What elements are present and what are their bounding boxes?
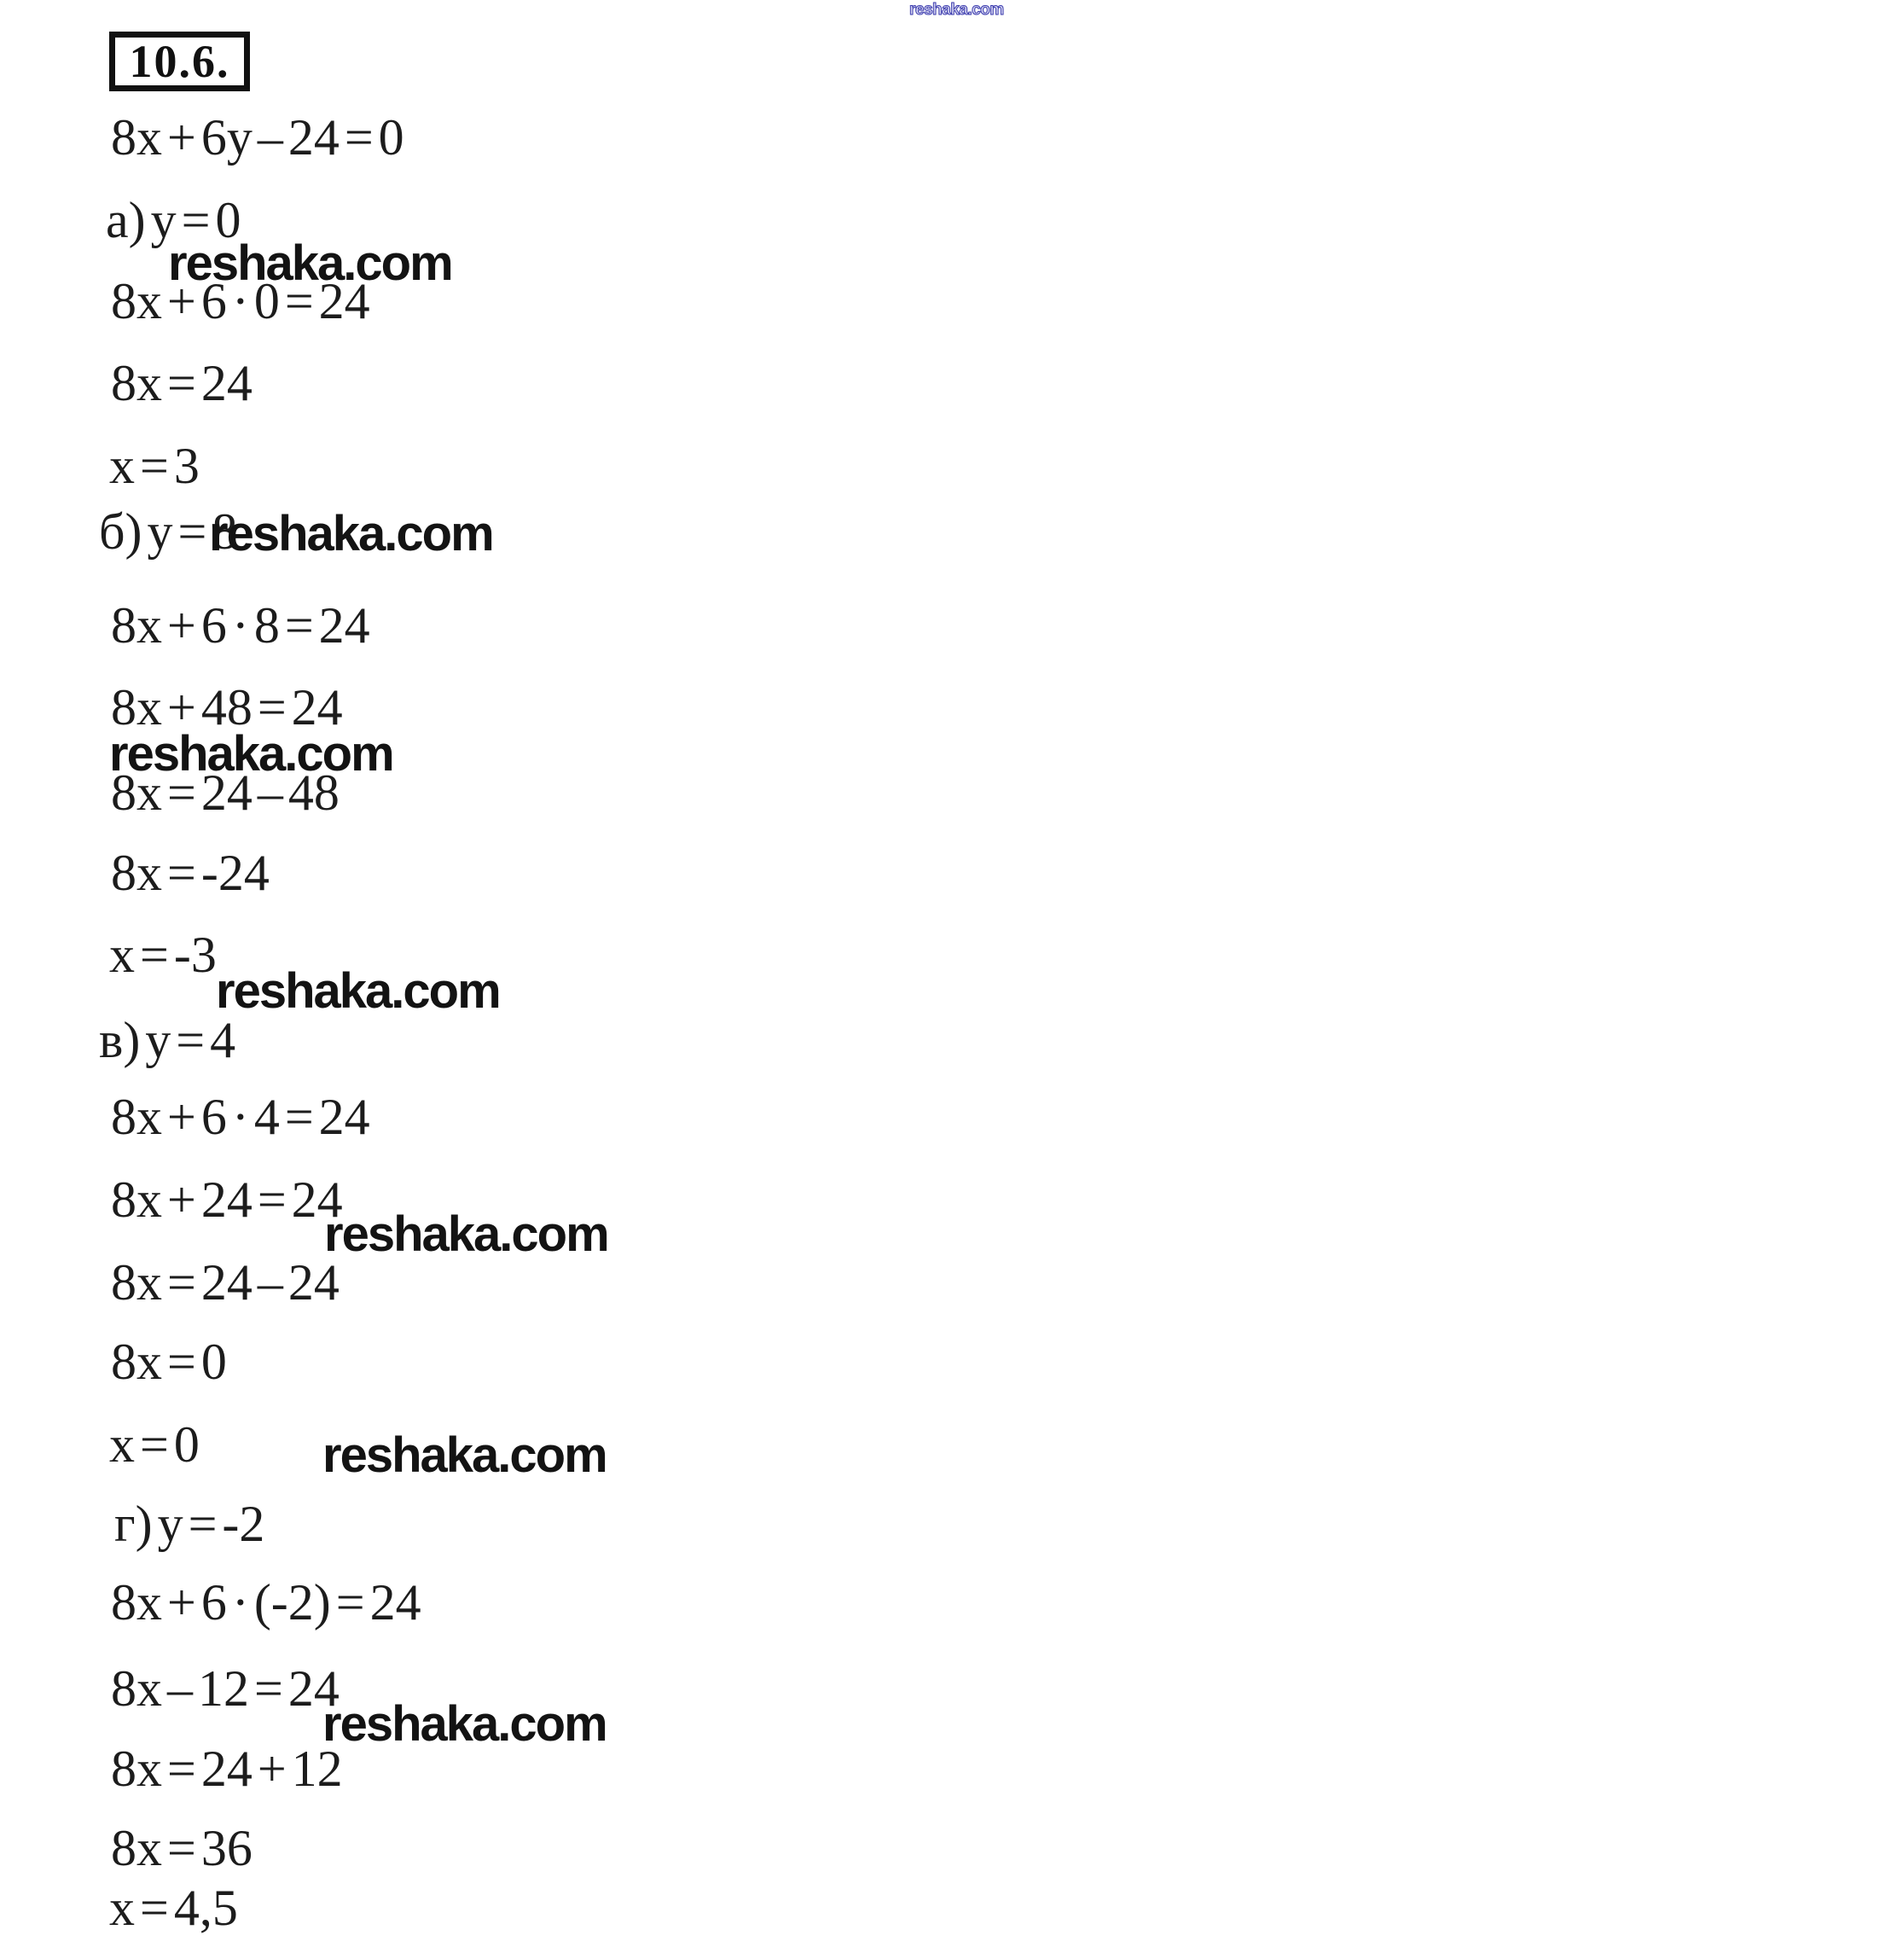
site-watermark: reshaka.com [322, 1431, 607, 1480]
math-line: 8x – 12 = 24 [111, 1663, 340, 1714]
math-line: 8x = -24 [111, 847, 270, 898]
math-line: 8x = 24 – 48 [111, 767, 340, 818]
site-watermark: reshaka.com [324, 1210, 608, 1259]
math-line: 8x = 0 [111, 1336, 227, 1387]
math-line: x = 3 [109, 440, 200, 491]
math-line: 8x + 24 = 24 [111, 1174, 343, 1225]
math-line: 8x = 36 [111, 1822, 253, 1874]
math-line: x = -3 [109, 929, 217, 980]
scanned-solution-page: reshaka.com 10.6. 8x + 6y – 24 = 0а) y =… [0, 0, 1904, 1959]
math-line: 8x + 48 = 24 [111, 682, 343, 733]
math-line: г) y = -2 [114, 1498, 264, 1549]
math-line: 8x = 24 – 24 [111, 1257, 340, 1308]
site-watermark: reshaka.com [209, 509, 493, 559]
math-line: 8x = 24 [111, 358, 253, 409]
site-watermark-small: reshaka.com [909, 2, 1004, 18]
math-line: 8x + 6y – 24 = 0 [111, 112, 404, 163]
problem-number-label: 10.6. [130, 35, 230, 88]
site-watermark: reshaka.com [216, 967, 500, 1016]
math-line: x = 4,5 [109, 1882, 238, 1933]
math-line: x = 0 [109, 1419, 200, 1470]
math-line: 8x = 24 + 12 [111, 1743, 343, 1794]
math-line: 8x + 6 · (-2) = 24 [111, 1577, 421, 1628]
site-watermark: reshaka.com [322, 1700, 607, 1749]
math-line: 8x + 6 · 0 = 24 [111, 276, 370, 327]
math-line: в) y = 4 [99, 1014, 235, 1066]
math-line: 8x + 6 · 4 = 24 [111, 1091, 370, 1142]
problem-number-box: 10.6. [109, 32, 250, 91]
math-line: 8x + 6 · 8 = 24 [111, 600, 370, 651]
